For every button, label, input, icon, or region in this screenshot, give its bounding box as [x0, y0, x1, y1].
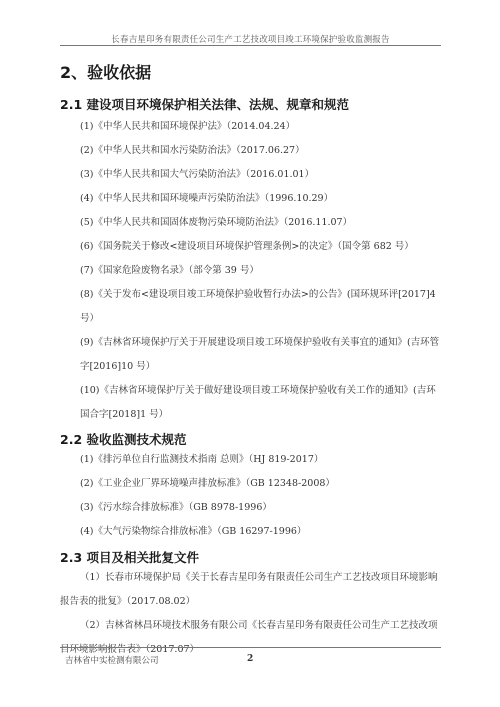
law-item-4: (4)《中华人民共和国环境噪声污染防治法》（1996.10.29）: [80, 187, 445, 211]
law-item-5: (5)《中华人民共和国固体废物污染环境防治法》（2016.11.07）: [80, 211, 445, 235]
law-item-9: (9)《吉林省环境保护厅关于开展建设项目竣工环境保护验收有关事宜的通知》(吉环管…: [80, 331, 445, 379]
law-item-8: (8)《关于发布<建设项目竣工环境保护验收暂行办法>的公告》(国环规环评[201…: [80, 283, 445, 331]
law-item-7: (7)《国家危险废物名录》（部令第 39 号）: [80, 259, 445, 283]
subsection-title-2-3: 2.3 项目及相关批复文件: [60, 548, 199, 566]
page-number: 2: [247, 654, 253, 664]
footer-divider: [60, 647, 441, 648]
header-divider: [60, 45, 441, 46]
standard-item-4: (4)《大气污染物综合排放标准》（GB 16297-1996）: [80, 520, 445, 544]
law-item-6: (6)《国务院关于修改<建设项目环境保护管理条例>的决定》（国令第 682 号）: [80, 235, 445, 259]
law-item-2: (2)《中华人民共和国水污染防治法》（2017.06.27）: [80, 139, 445, 163]
section-title: 2、验收依据: [60, 60, 151, 83]
law-item-3: (3)《中华人民共和国大气污染防治法》（2016.01.01）: [80, 163, 445, 187]
law-item-1: (1)《中华人民共和国环境保护法》（2014.04.24）: [80, 115, 445, 139]
standard-item-1: (1)《排污单位自行监测技术指南 总则》（HJ 819-2017）: [80, 448, 445, 472]
subsection-title-2-2: 2.2 验收监测技术规范: [60, 430, 187, 448]
subsection-title-2-1: 2.1 建设项目环境保护相关法律、法规、规章和规范: [60, 95, 349, 113]
standard-item-2: (2)《工业企业厂界环境噪声排放标准》（GB 12348-2008）: [80, 472, 445, 496]
law-item-10: (10)《吉林省环境保护厅关于做好建设项目竣工环境保护验收有关工作的通知》(吉环…: [80, 379, 445, 427]
approval-item-1: （1）长春市环境保护局《关于长春吉星印务有限责任公司生产工艺技改项目环境影响报告…: [60, 566, 445, 614]
standard-item-3: (3)《污水综合排放标准》（GB 8978-1996）: [80, 496, 445, 520]
footer-company: 吉林省中实检测有限公司: [65, 654, 159, 666]
page-header-title: 长春吉星印务有限责任公司生产工艺技改项目竣工环境保护验收监测报告: [60, 33, 441, 45]
